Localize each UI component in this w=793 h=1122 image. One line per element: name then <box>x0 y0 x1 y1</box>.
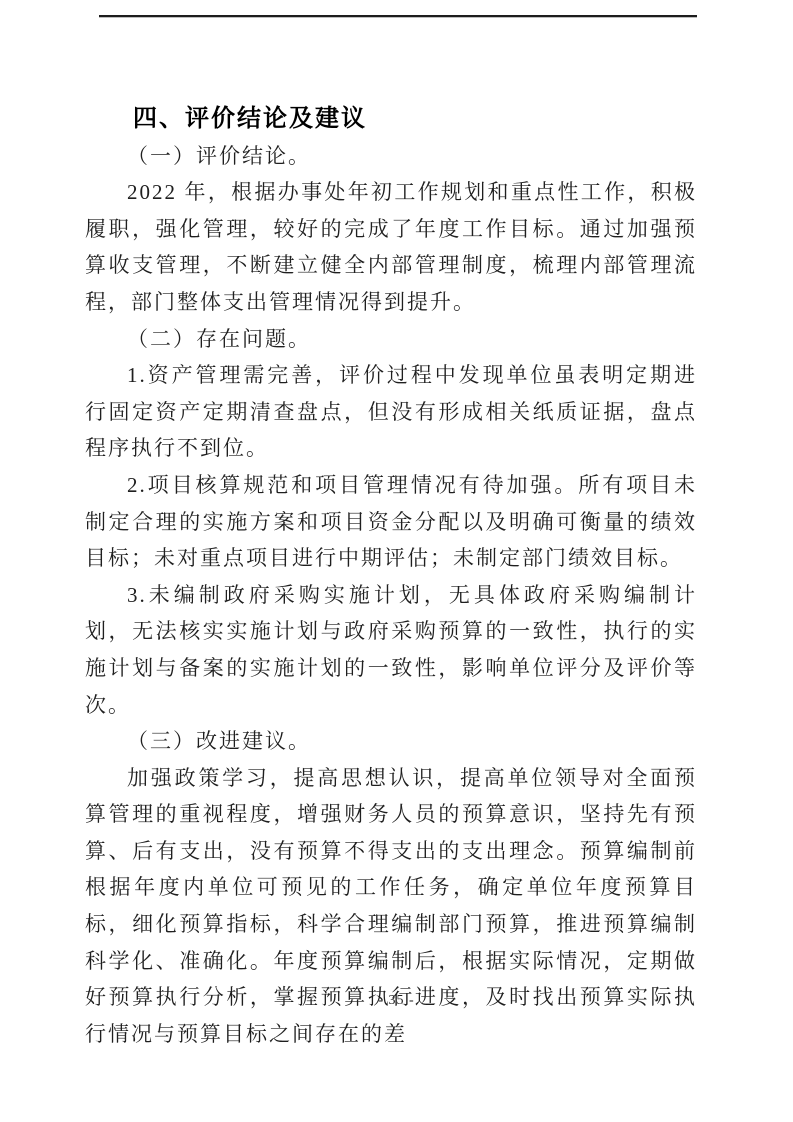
subheading-improvement-suggestions: （三）改进建议。 <box>85 723 697 760</box>
section-heading: 四、评价结论及建议 <box>85 101 697 138</box>
subheading-evaluation-conclusion: （一）评价结论。 <box>85 138 697 175</box>
para-evaluation-conclusion: 2022 年，根据办事处年初工作规划和重点性工作，积极履职，强化管理，较好的完成… <box>85 174 697 320</box>
subheading-existing-problems: （二）存在问题。 <box>85 321 697 358</box>
para-problem-2: 2.项目核算规范和项目管理情况有待加强。所有项目未制定合理的实施方案和项目资金分… <box>85 467 697 577</box>
para-problem-3: 3.未编制政府采购实施计划，无具体政府采购编制计划，无法核实实施计划与政府采购预… <box>85 577 697 723</box>
para-problem-1: 1.资产管理需完善，评价过程中发现单位虽表明定期进行固定资产定期清查盘点，但没有… <box>85 357 697 467</box>
document-body: 四、评价结论及建议 （一）评价结论。 2022 年，根据办事处年初工作规划和重点… <box>85 101 697 1052</box>
page-number: - 35 - <box>0 993 793 1009</box>
document-page: 四、评价结论及建议 （一）评价结论。 2022 年，根据办事处年初工作规划和重点… <box>0 0 793 1122</box>
header-rule <box>99 15 697 18</box>
